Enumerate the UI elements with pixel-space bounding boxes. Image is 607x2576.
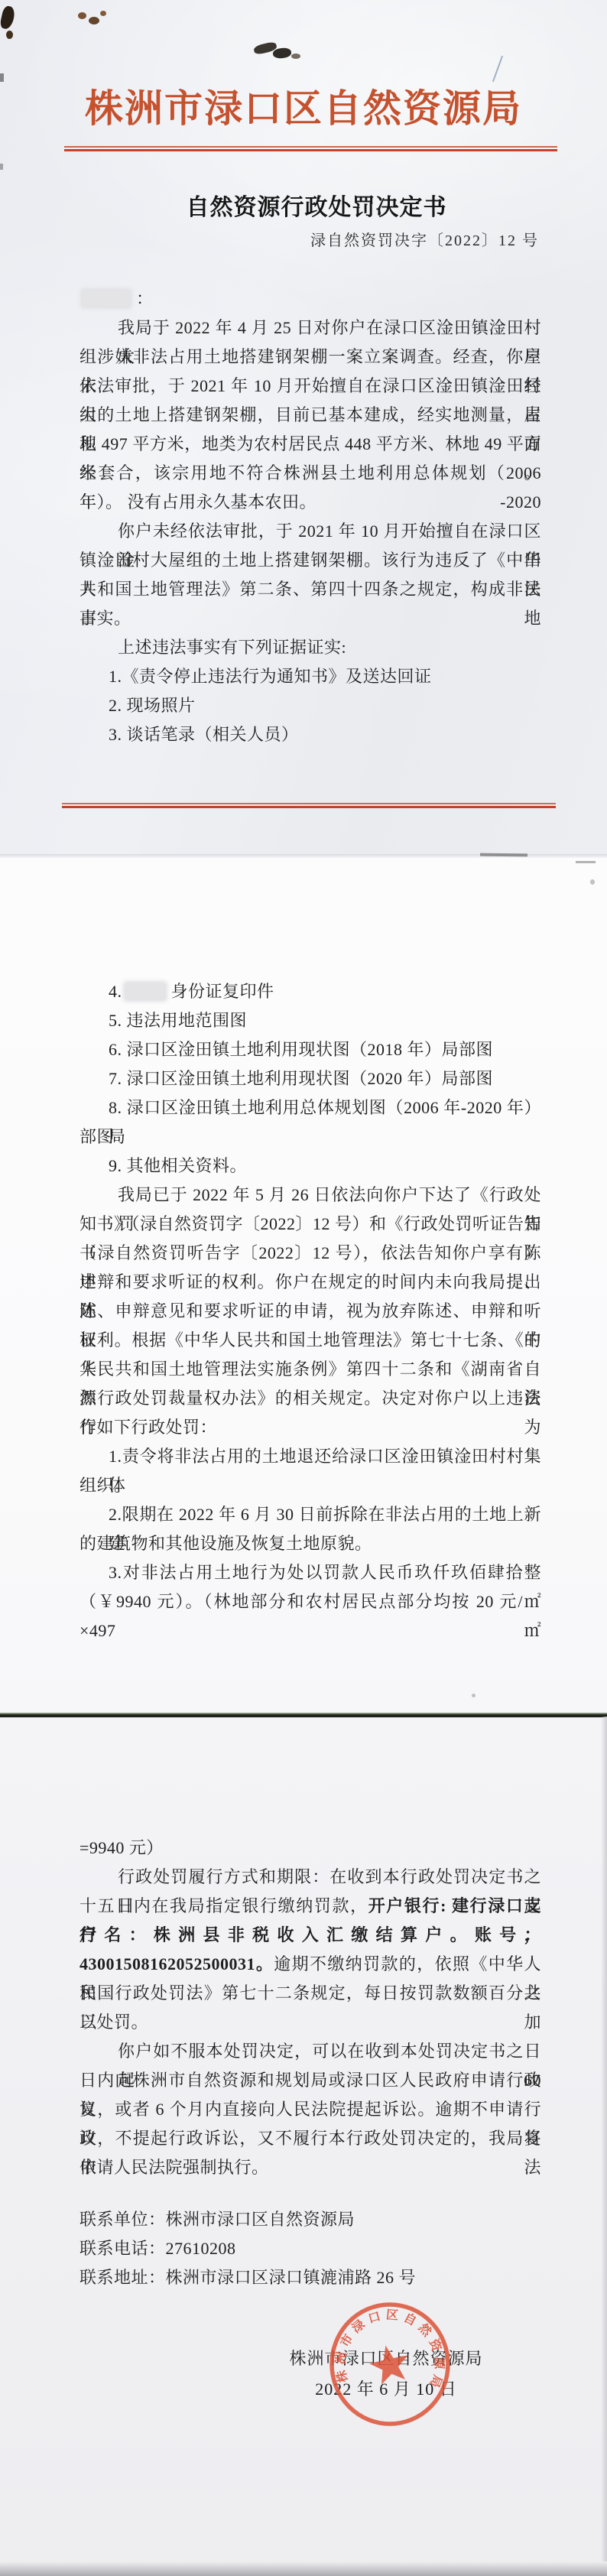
page-boundary-line [0,1714,607,1717]
scan-artifact [6,31,13,39]
text-segment: 5. 违法用地范围图 [109,1011,247,1030]
text-line: 部图 [80,1122,541,1152]
scan-artifact [89,17,99,24]
scan-artifact [590,879,595,885]
text-segment: 联系电话：27610208 [80,2239,236,2258]
text-segment: =9940 元） [80,1838,164,1857]
text-segment: 4. [109,982,122,1001]
scan-artifact [480,853,527,857]
text-line: 3. 谈话笔录（相关人员） [80,720,541,749]
text-segment: 身份证复印件 [171,982,274,1001]
text-segment: 联系地址：株洲市渌口区渌口镇漉浦路 26 号 [80,2268,416,2287]
text-line: 7. 渌口区淦田镇土地利用现状图（2020 年）局部图 [80,1064,541,1093]
text-line: 6. 渌口区淦田镇土地利用现状图（2018 年）局部图 [80,1035,541,1064]
text-line: 的建筑物和其他设施及恢复土地原貌。 [80,1529,541,1558]
text-segment: 1.《责令停止违法行为通知书》及送达回证 [109,667,432,686]
text-segment: 43001508162052500031。 [80,1954,274,1973]
text-line: ： [80,284,541,313]
header-rule-thin [64,146,557,148]
text-segment: ： [136,289,154,308]
text-segment: 联系单位：株洲市渌口区自然资源局 [80,2210,355,2229]
text-segment: 部图 [80,1127,114,1146]
text-segment: （￥9940 元）。（林地部分和农村居民点部分均按 20 元/㎡×497 ㎡ [80,1592,541,1640]
text-line: 申请人民法院强制执行。 [80,2153,541,2182]
text-line: 作如下行政处罚： [80,1413,541,1442]
official-seal: 株洲市渌口区自然资源局 [329,2298,453,2427]
text-line: 联系地址：株洲市渌口区渌口镇漉浦路 26 号 [80,2263,541,2292]
footer-rule-thick [62,806,556,808]
text-line: 以处罚。 [80,2008,541,2037]
scan-edge-shade [601,1717,607,2561]
text-line: 户名：株洲县非税收入汇缴结算户。账号： [80,1921,541,1950]
header-rule-thick [64,149,557,151]
scan-artifact [0,73,4,82]
text-segment: 2. 现场照片 [109,696,196,715]
text-line: 联系电话：27610208 [80,2234,541,2263]
text-segment: 以处罚。 [80,2012,148,2032]
scan-artifact [78,12,86,19]
footer-rule-thin [62,803,556,804]
text-line: =9940 元） [80,1834,541,1863]
text-line: 1.《责令停止违法行为通知书》及送达回证 [80,662,541,691]
text-line: 9. 其他相关资料。 [80,1152,541,1181]
text-line: 年）。 没有占用永久基本农田。 [80,488,541,517]
scan-artifact [472,1694,476,1697]
scan-artifact [291,54,300,59]
scan-artifact [576,861,596,863]
redaction-box [83,291,130,307]
text-line: 组织。 [80,1471,541,1500]
scan-artifact [0,164,3,170]
scan-artifact [100,11,106,16]
agency-header: 株洲市渌口区自然资源局 [0,86,607,132]
text-segment: 十五日内在我局指定银行缴纳罚款， [80,1896,368,1915]
text-line: 2. 现场照片 [80,691,541,720]
text-line: 事实。 [80,604,541,633]
text-segment: 9. 其他相关资料。 [109,1156,247,1175]
scan-bottom-edge [0,2561,607,2576]
text-segment: 7. 渌口区淦田镇土地利用现状图（2020 年）局部图 [109,1069,493,1088]
text-line: 3.对非法占用土地行为处以罚款人民币玖仟玖佰肆拾整 [80,1558,541,1587]
document-title: 自然资源行政处罚决定书 [80,193,553,223]
text-line: 上述违法事实有下列证据证实: [80,633,541,662]
seal-star-icon [366,2341,412,2386]
text-segment: 户名：株洲县非税收入汇缴结算户。账号： [80,1925,541,1944]
text-line: 联系单位：株洲市渌口区自然资源局 [80,2205,541,2234]
text-segment: 3. 谈话笔录（相关人员） [109,725,299,744]
text-segment: 6. 渌口区淦田镇土地利用现状图（2018 年）局部图 [109,1040,493,1059]
text-segment: 申请人民法院强制执行。 [80,2158,269,2177]
text-segment: 3.对非法占用土地行为处以罚款人民币玖仟玖佰肆拾整 [109,1563,541,1582]
text-segment: 组织。 [80,1476,131,1495]
text-line: 5. 违法用地范围图 [80,1006,541,1035]
text-segment: 事实。 [80,609,131,628]
text-segment: 年）。 没有占用永久基本农田。 [80,492,316,512]
text-segment: 作如下行政处罚： [80,1418,217,1437]
document-number: 渌自然资罚决字〔2022〕12 号 [80,229,539,252]
text-line: （￥9940 元）。（林地部分和农村居民点部分均按 20 元/㎡×497 ㎡ [80,1587,541,1645]
text-line: 4.身份证复印件 [80,977,541,1006]
text-segment: 的建筑物和其他设施及恢复土地原貌。 [80,1534,372,1553]
redaction-box [125,983,165,999]
text-segment: 上述违法事实有下列证据证实: [118,638,346,657]
